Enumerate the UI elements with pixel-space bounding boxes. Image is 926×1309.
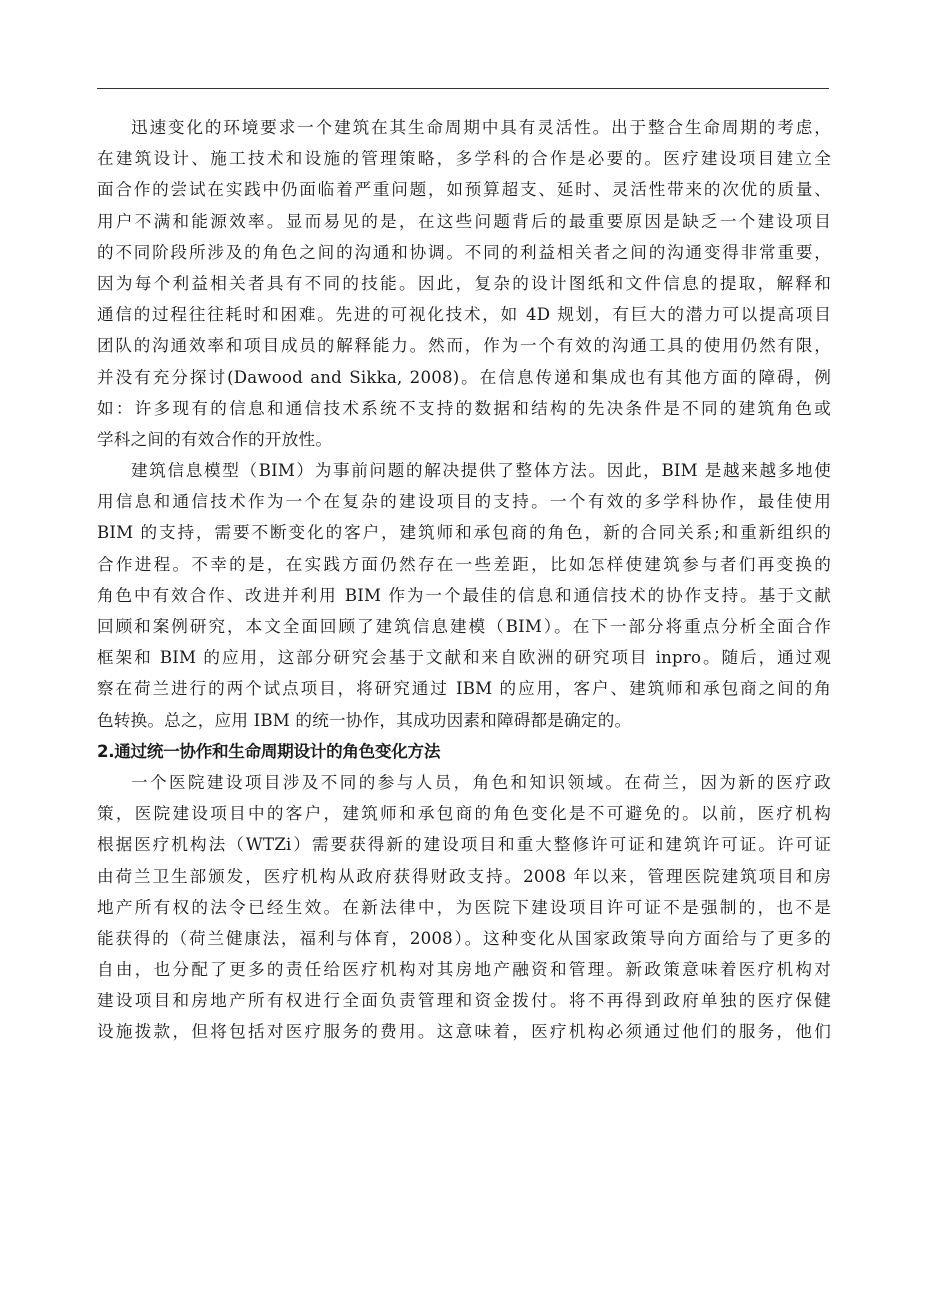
text-line: 因为每个利益相关者具有不同的技能。因此，复杂的设计图纸和文件信息的提取，解释和: [97, 268, 831, 299]
text-line: 面合作的尝试在实践中仍面临着严重问题，如预算超支、延时、灵活性带来的次优的质量、: [97, 174, 831, 205]
document-body: 迅速变化的环境要求一个建筑在其生命周期中具有灵活性。出于整合生命周期的考虑， 在…: [97, 112, 831, 1048]
text-line: 建筑信息模型（BIM）为事前问题的解决提供了整体方法。因此，BIM 是越来越多地…: [97, 455, 831, 486]
paragraph-2: 建筑信息模型（BIM）为事前问题的解决提供了整体方法。因此，BIM 是越来越多地…: [97, 455, 831, 736]
text-line: 团队的沟通效率和项目成员的解释能力。然而，作为一个有效的沟通工具的使用仍然有限，: [97, 330, 831, 361]
text-line: 自由，也分配了更多的责任给医疗机构对其房地产融资和管理。新政策意味着医疗机构对: [97, 954, 831, 985]
paragraph-3: 一个医院建设项目涉及不同的参与人员，角色和知识领域。在荷兰，因为新的医疗政 策，…: [97, 767, 831, 1048]
text-line: 策，医院建设项目中的客户，建筑师和承包商的角色变化是不可避免的。以前，医疗机构: [97, 798, 831, 829]
text-line: 学科之间的有效合作的开放性。: [97, 424, 831, 455]
text-line: 根据医疗机构法（WTZi）需要获得新的建设项目和重大整修许可证和建筑许可证。许可…: [97, 829, 831, 860]
text-line: 迅速变化的环境要求一个建筑在其生命周期中具有灵活性。出于整合生命周期的考虑，: [97, 112, 831, 143]
text-line: 框架和 BIM 的应用，这部分研究会基于文献和来自欧洲的研究项目 inpro。随…: [97, 642, 831, 673]
text-line: 建设项目和房地产所有权进行全面负责管理和资金拨付。将不再得到政府单独的医疗保健: [97, 985, 831, 1016]
text-line: 的不同阶段所涉及的角色之间的沟通和协调。不同的利益相关者之间的沟通变得非常重要，: [97, 237, 831, 268]
text-line: 角色中有效合作、改进并利用 BIM 作为一个最佳的信息和通信技术的协作支持。基于…: [97, 580, 831, 611]
paragraph-1: 迅速变化的环境要求一个建筑在其生命周期中具有灵活性。出于整合生命周期的考虑， 在…: [97, 112, 831, 455]
text-line: 设施拨款，但将包括对医疗服务的费用。这意味着，医疗机构必须通过他们的服务，他们: [97, 1016, 831, 1047]
text-line: 通信的过程往往耗时和困难。先进的可视化技术，如 4D 规划，有巨大的潜力可以提高…: [97, 299, 831, 330]
text-line: 合作进程。不幸的是，在实践方面仍然存在一些差距，比如怎样使建筑参与者们再变换的: [97, 549, 831, 580]
text-line: 如：许多现有的信息和通信技术系统不支持的数据和结构的先决条件是不同的建筑角色或: [97, 393, 831, 424]
text-line: 回顾和案例研究，本文全面回顾了建筑信息建模（BIM）。在下一部分将重点分析全面合…: [97, 611, 831, 642]
text-line: 察在荷兰进行的两个试点项目，将研究通过 IBM 的应用，客户、建筑师和承包商之间…: [97, 673, 831, 704]
text-line: 地产所有权的法令已经生效。在新法律中，为医院下建设项目许可证不是强制的，也不是: [97, 892, 831, 923]
text-line: 用信息和通信技术作为一个在复杂的建设项目的支持。一个有效的多学科协作，最佳使用: [97, 486, 831, 517]
text-line: 色转换。总之，应用 IBM 的统一协作，其成功因素和障碍都是确定的。: [97, 705, 831, 736]
text-line: 在建筑设计、施工技术和设施的管理策略，多学科的合作是必要的。医疗建设项目建立全: [97, 143, 831, 174]
text-line: BIM 的支持，需要不断变化的客户，建筑师和承包商的角色，新的合同关系;和重新组…: [97, 517, 831, 548]
text-line: 用户不满和能源效率。显而易见的是，在这些问题背后的最重要原因是缺乏一个建设项目: [97, 206, 831, 237]
text-line: 并没有充分探讨(Dawood and Sikka, 2008)。在信息传递和集成…: [97, 362, 831, 393]
text-line: 能获得的（荷兰健康法，福利与体育，2008）。这种变化从国家政策导向方面给与了更…: [97, 923, 831, 954]
section-heading: 2.通过统一协作和生命周期设计的角色变化方法: [97, 736, 831, 767]
header-rule: [97, 88, 829, 89]
text-line: 一个医院建设项目涉及不同的参与人员，角色和知识领域。在荷兰，因为新的医疗政: [97, 767, 831, 798]
text-line: 由荷兰卫生部颁发，医疗机构从政府获得财政支持。2008 年以来，管理医院建筑项目…: [97, 861, 831, 892]
